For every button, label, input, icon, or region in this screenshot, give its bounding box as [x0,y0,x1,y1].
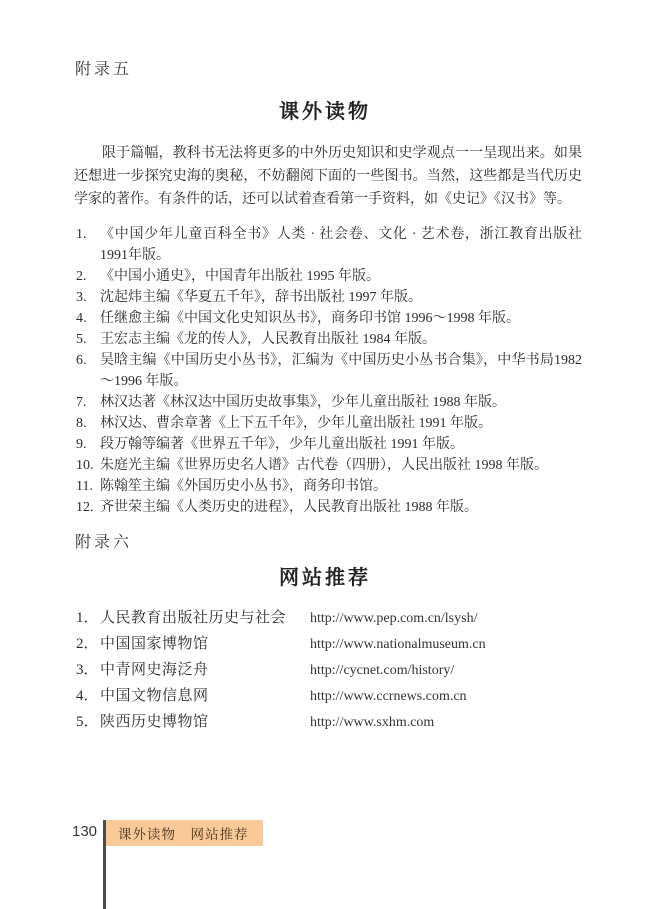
book-number: 7. [76,392,98,413]
book-number: 1. [76,224,98,245]
book-number: 10. [76,455,98,476]
website-name: 中国国家博物馆 [100,631,310,657]
appendix-six-label: 附录六 [75,529,132,552]
footer-section-label: 课外读物 网站推荐 [106,820,263,846]
book-number: 8. [76,413,98,434]
website-number: 2． [76,631,100,657]
book-item: 6. 吴晗主编《中国历史小丛书》，汇编为《中国历史小丛书合集》，中华书局1982… [76,350,582,392]
book-item: 1. 《中国少年儿童百科全书》人类 · 社会卷、文化 · 艺术卷，浙江教育出版社… [76,224,582,266]
book-item: 9. 段万翰等编著《世界五千年》，少年儿童出版社 1991 年版。 [76,434,582,455]
book-text: 《中国小通史》，中国青年出版社 1995 年版。 [100,269,380,284]
book-list: 1. 《中国少年儿童百科全书》人类 · 社会卷、文化 · 艺术卷，浙江教育出版社… [76,224,582,518]
book-text: 林汉达著《林汉达中国历史故事集》，少年儿童出版社 1988 年版。 [100,395,506,410]
book-text: 任继愈主编《中国文化史知识丛书》，商务印书馆 1996～1998 年版。 [100,311,520,326]
website-number: 1． [76,605,100,631]
website-name: 中国文物信息网 [100,683,310,709]
book-item: 7. 林汉达著《林汉达中国历史故事集》，少年儿童出版社 1988 年版。 [76,392,582,413]
book-item: 10. 朱庭光主编《世界历史名人谱》古代卷（四册），人民出版社 1998 年版。 [76,455,582,476]
book-item: 2. 《中国小通史》，中国青年出版社 1995 年版。 [76,266,582,287]
website-url: http://www.ccrnews.com.cn [310,684,467,710]
book-item: 3. 沈起炜主编《华夏五千年》，辞书出版社 1997 年版。 [76,287,582,308]
website-number: 5． [76,709,100,735]
website-name: 中青网史海泛舟 [100,657,310,683]
reading-section-title: 课外读物 [0,95,650,124]
book-number: 3. [76,287,98,308]
book-item: 8. 林汉达、曹余章著《上下五千年》，少年儿童出版社 1991 年版。 [76,413,582,434]
book-text: 沈起炜主编《华夏五千年》，辞书出版社 1997 年版。 [100,290,422,305]
book-number: 4. [76,308,98,329]
website-url: http://www.nationalmuseum.cn [310,632,486,658]
book-text: 朱庭光主编《世界历史名人谱》古代卷（四册），人民出版社 1998 年版。 [100,458,548,473]
book-text: 吴晗主编《中国历史小丛书》，汇编为《中国历史小丛书合集》，中华书局1982～19… [100,353,582,389]
book-item: 4. 任继愈主编《中国文化史知识丛书》，商务印书馆 1996～1998 年版。 [76,308,582,329]
website-url: http://www.sxhm.com [310,710,434,736]
website-row: 1． 人民教育出版社历史与社会 http://www.pep.com.cn/ls… [76,605,582,631]
book-number: 6. [76,350,98,371]
book-text: 陈翰笙主编《外国历史小丛书》，商务印书馆。 [100,479,387,494]
website-row: 3． 中青网史海泛舟 http://cycnet.com/history/ [76,657,582,683]
website-list: 1． 人民教育出版社历史与社会 http://www.pep.com.cn/ls… [76,605,582,735]
book-number: 9. [76,434,98,455]
website-url: http://www.pep.com.cn/lsysh/ [310,606,477,632]
book-item: 11. 陈翰笙主编《外国历史小丛书》，商务印书馆。 [76,476,582,497]
book-number: 11. [76,476,98,497]
book-item: 12. 齐世荣主编《人类历史的进程》，人民教育出版社 1988 年版。 [76,497,582,518]
websites-section-title: 网站推荐 [0,561,650,590]
book-text: 王宏志主编《龙的传人》，人民教育出版社 1984 年版。 [100,332,436,347]
book-number: 12. [76,497,98,518]
book-text: 段万翰等编著《世界五千年》，少年儿童出版社 1991 年版。 [100,437,464,452]
website-name: 陕西历史博物馆 [100,709,310,735]
website-row: 4． 中国文物信息网 http://www.ccrnews.com.cn [76,683,582,709]
website-url: http://cycnet.com/history/ [310,658,454,684]
appendix-five-label: 附录五 [75,56,132,79]
book-item: 5. 王宏志主编《龙的传人》，人民教育出版社 1984 年版。 [76,329,582,350]
website-number: 4． [76,683,100,709]
website-number: 3． [76,657,100,683]
book-number: 2. [76,266,98,287]
intro-paragraph: 限于篇幅，教科书无法将更多的中外历史知识和史学观点一一呈现出来。如果还想进一步探… [74,142,582,211]
book-text: 林汉达、曹余章著《上下五千年》，少年儿童出版社 1991 年版。 [100,416,492,431]
book-text: 齐世荣主编《人类历史的进程》，人民教育出版社 1988 年版。 [100,500,478,515]
website-row: 2． 中国国家博物馆 http://www.nationalmuseum.cn [76,631,582,657]
page-number: 130 [72,823,97,840]
website-name: 人民教育出版社历史与社会 [100,605,310,631]
website-row: 5． 陕西历史博物馆 http://www.sxhm.com [76,709,582,735]
book-text: 《中国少年儿童百科全书》人类 · 社会卷、文化 · 艺术卷，浙江教育出版社199… [100,227,582,263]
book-number: 5. [76,329,98,350]
